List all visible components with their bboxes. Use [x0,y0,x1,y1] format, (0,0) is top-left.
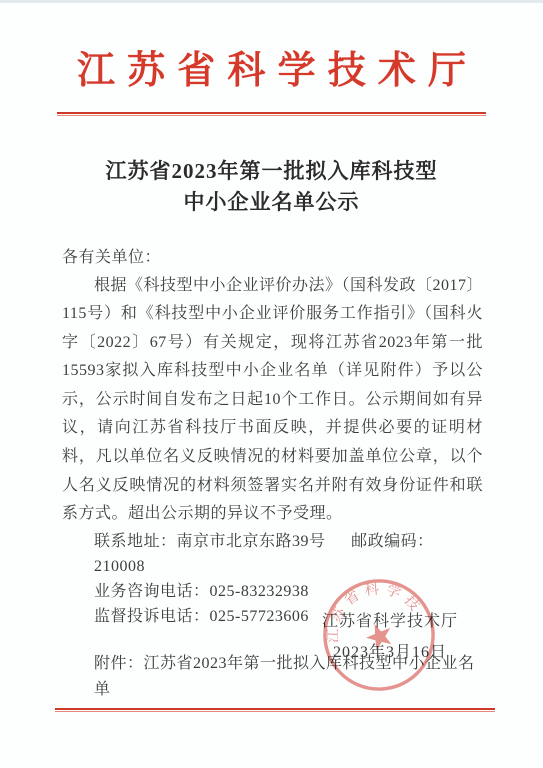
contact-address-line: 联系地址：南京市北京东路39号邮政编码：210008 [62,529,483,579]
document-title-line2: 中小企业名单公示 [0,187,543,218]
footer-divider-thick-line [55,708,495,710]
signature-issuer: 江苏省科学技术厅 [295,610,485,634]
letterhead-org-name: 江苏省科学技术厅 [0,0,543,96]
footer-divider-thin-line [55,711,495,712]
contact-address: 联系地址：南京市北京东路39号 [94,533,326,550]
letterhead-divider-thin-line [57,115,486,116]
footer-divider [55,708,495,712]
document-title: 江苏省2023年第一批拟入库科技型 中小企业名单公示 [0,156,543,218]
body-paragraph: 根据《科技型中小企业评价办法》（国科发政〔2017〕115号）和《科技型中小企业… [62,272,483,529]
signature-date: 2023年3月16日 [295,641,485,665]
letterhead-divider [57,112,486,116]
signature-block: 江苏省科学技术厅 2023年3月16日 [295,610,485,665]
contact-business-phone: 业务咨询电话：025-83232938 [62,579,483,604]
salutation: 各有关单位： [62,244,483,272]
letterhead-divider-thick-line [57,112,486,114]
document-title-line1: 江苏省2023年第一批拟入库科技型 [0,156,543,187]
document-page: 江苏省科学技术厅 江苏省2023年第一批拟入库科技型 中小企业名单公示 各有关单… [0,0,543,768]
scan-edge-artifact [0,0,543,3]
